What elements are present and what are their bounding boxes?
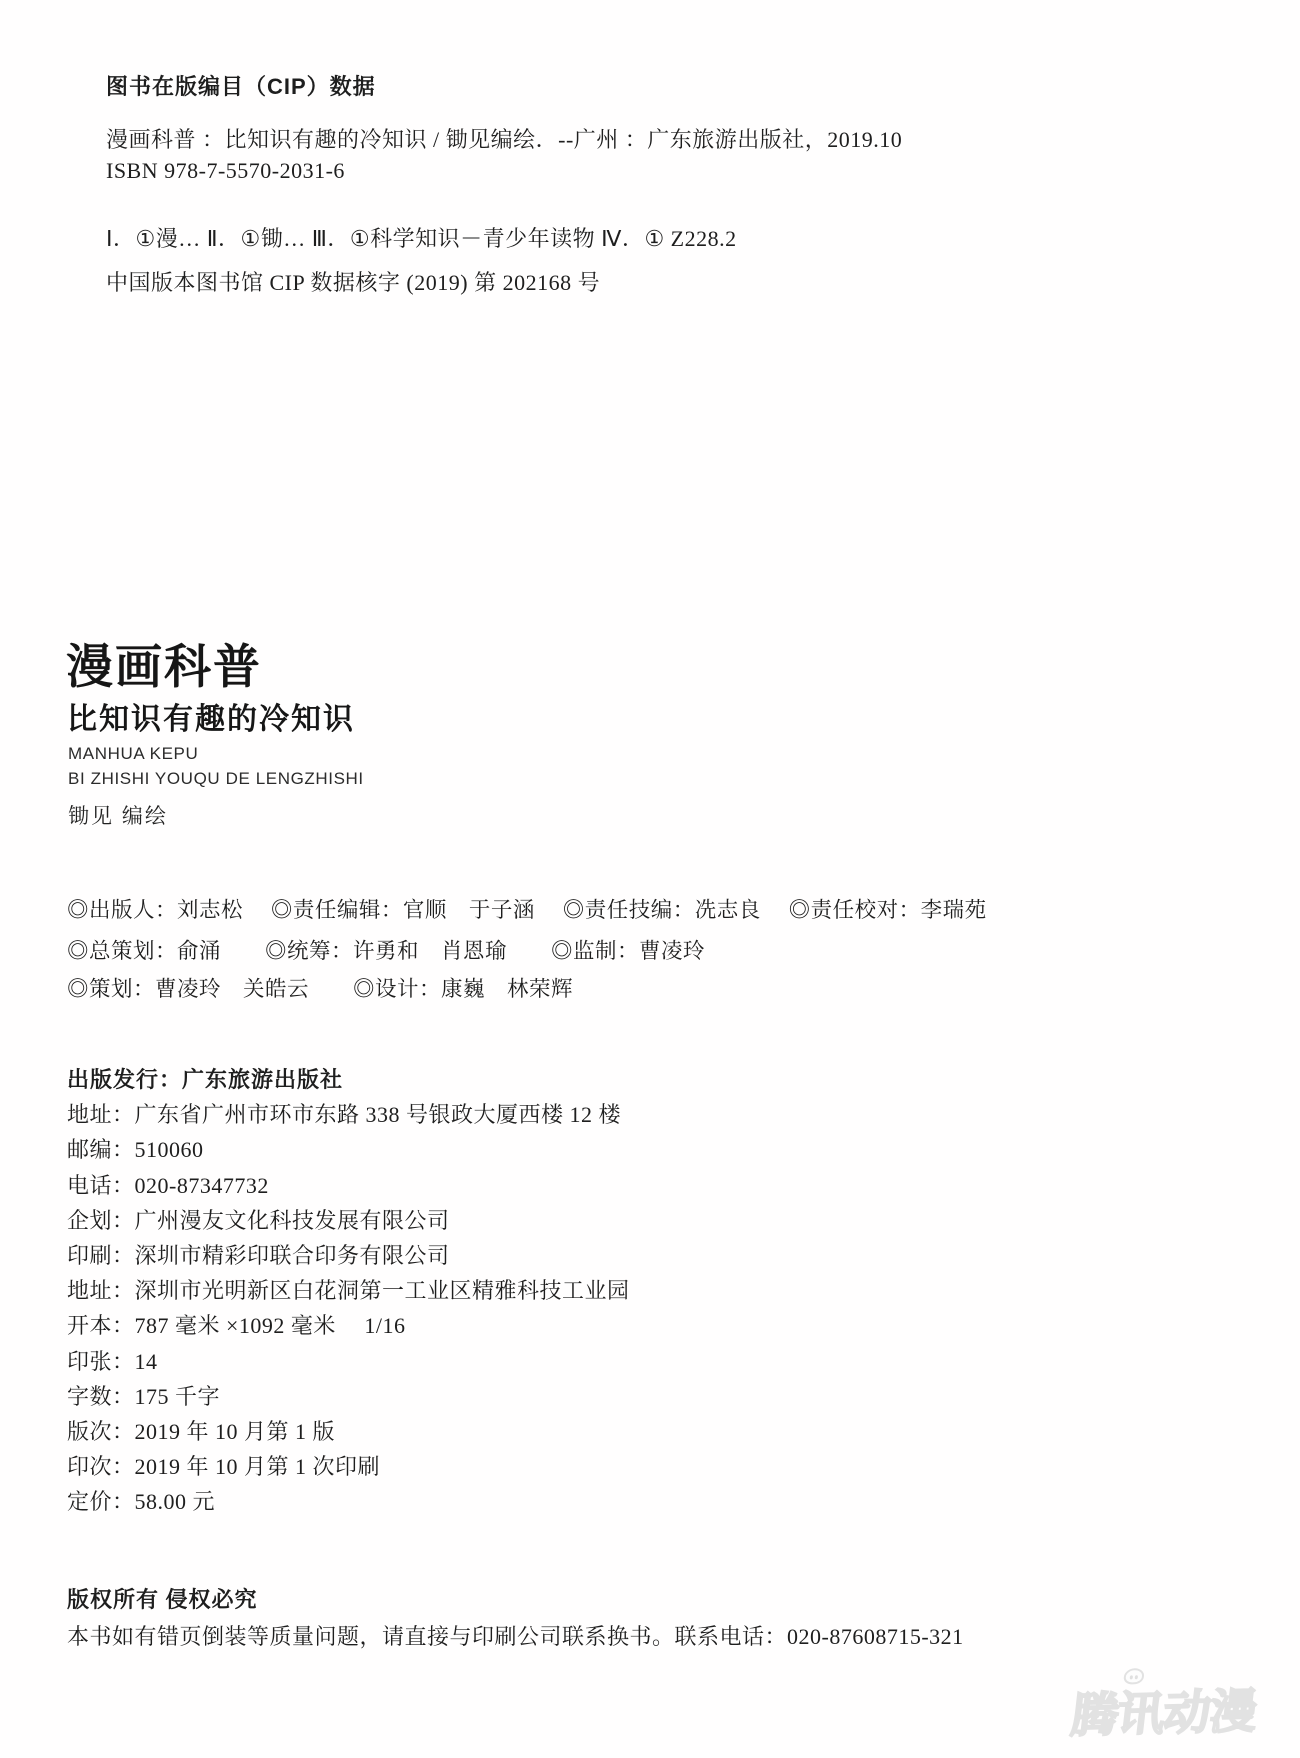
cip-classification-line: Ⅰ．①漫… Ⅱ．①锄… Ⅲ．①科学知识－青少年读物 Ⅳ．① Z228.2	[106, 222, 737, 253]
publication-line: 地址：深圳市光明新区白花洞第一工业区精雅科技工业园	[67, 1273, 630, 1308]
book-title-pinyin: MANHUA KEPU	[68, 744, 198, 764]
quality-contact-note: 本书如有错页倒装等质量问题，请直接与印刷公司联系换书。联系电话：020-8760…	[67, 1620, 964, 1651]
book-title: 漫画科普	[66, 642, 262, 691]
book-subtitle-pinyin: BI ZHISHI YOUQU DE LENGZHISHI	[68, 769, 364, 789]
publication-line: 版次：2019 年 10 月第 1 版	[67, 1414, 630, 1449]
publication-line: 地址：广东省广州市环市东路 338 号银政大厦西楼 12 楼	[67, 1097, 630, 1132]
tencent-comics-face-icon	[1123, 1668, 1145, 1685]
copyright-notice: 版权所有 侵权必究	[67, 1583, 258, 1614]
credits-line-2: ◎总策划：俞涌 ◎统筹：许勇和 肖恩瑜 ◎监制：曹凌玲	[67, 934, 705, 965]
publication-details: 出版发行：广东旅游出版社地址：广东省广州市环市东路 338 号银政大厦西楼 12…	[67, 1062, 630, 1520]
tencent-comics-watermark: 腾讯动漫	[1068, 1673, 1292, 1749]
publication-line: 电话：020-87347732	[67, 1168, 630, 1203]
book-subtitle: 比知识有趣的冷知识	[67, 694, 355, 738]
cip-isbn-line: ISBN 978-7-5570-2031-6	[106, 158, 345, 184]
author-line: 锄见 编绘	[68, 800, 168, 830]
publication-line: 定价：58.00 元	[67, 1484, 630, 1519]
publication-line: 企划：广州漫友文化科技发展有限公司	[67, 1203, 630, 1238]
colophon-page: 图书在版编目（CIP）数据 漫画科普 ：比知识有趣的冷知识 / 锄见编绘．--广…	[0, 0, 1300, 1758]
credits-line-3: ◎策划：曹凌玲 关皓云 ◎设计：康巍 林荣辉	[67, 972, 573, 1003]
publication-line: 印次：2019 年 10 月第 1 次印刷	[67, 1449, 630, 1484]
cip-record-number-line: 中国版本图书馆 CIP 数据核字 (2019) 第 202168 号	[106, 266, 600, 297]
publication-line: 开本：787 毫米 ×1092 毫米 1/16	[67, 1308, 630, 1343]
cip-title-line: 漫画科普 ：比知识有趣的冷知识 / 锄见编绘．--广州 ：广东旅游出版社，201…	[106, 123, 902, 154]
publication-line: 印刷：深圳市精彩印联合印务有限公司	[67, 1238, 630, 1273]
publication-line: 字数：175 千字	[67, 1379, 630, 1414]
publication-line: 邮编：510060	[67, 1132, 630, 1167]
tencent-comics-watermark-text: 腾讯动漫	[1068, 1684, 1259, 1742]
publication-line: 出版发行：广东旅游出版社	[67, 1062, 630, 1097]
publication-line: 印张：14	[67, 1344, 630, 1379]
credits-line-1: ◎出版人：刘志松 ◎责任编辑：官顺 于子涵 ◎责任技编：冼志良 ◎责任校对：李瑞…	[67, 893, 987, 924]
cip-heading: 图书在版编目（CIP）数据	[106, 70, 376, 101]
